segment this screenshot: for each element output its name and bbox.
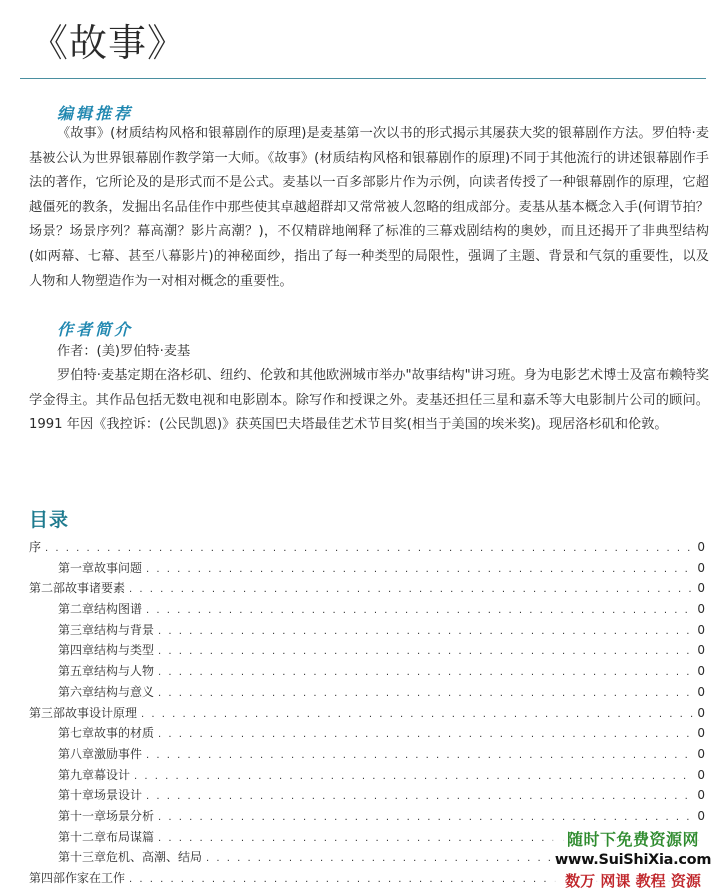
toc-entry-label: 第二章结构图谱 (58, 600, 142, 617)
toc-entry-page: 0 (697, 643, 705, 657)
toc-entry-label: 第八章激励事件 (58, 745, 142, 762)
toc-entry[interactable]: 第二章结构图谱0 (29, 600, 705, 621)
watermark-url: www.SuiShiXia.com (553, 850, 713, 871)
toc-entry-page: 0 (697, 726, 705, 740)
toc-entry-page: 0 (697, 540, 705, 554)
toc-entry-page: 0 (697, 788, 705, 802)
toc-entry-page: 0 (697, 623, 705, 637)
toc-dot-leader (146, 564, 693, 575)
toc-dot-leader (146, 605, 693, 616)
editor-recommendation-heading: 编辑推荐 (57, 101, 133, 124)
toc-dot-leader (146, 750, 693, 761)
toc-entry-page: 0 (697, 561, 705, 575)
watermark-line-3: 数万 网课 教程 资源 (553, 871, 713, 892)
toc-dot-leader (158, 812, 693, 823)
toc-dot-leader (158, 729, 693, 740)
toc-entry[interactable]: 第九章幕设计0 (29, 766, 705, 787)
toc-entry[interactable]: 第一章故事问题0 (29, 559, 705, 580)
editor-recommendation-body: 《故事》(材质结构风格和银幕剧作的原理)是麦基第一次以书的形式揭示其屡获大奖的银… (29, 122, 709, 294)
toc-entry-label: 序 (29, 538, 41, 555)
toc-entry-label: 第四部作家在工作 (29, 869, 125, 886)
toc-entry-label: 第十二章布局谋篇 (58, 828, 154, 845)
toc-entry-page: 0 (697, 685, 705, 699)
toc-entry-page: 0 (697, 581, 705, 595)
toc-entry[interactable]: 第四章结构与类型0 (29, 641, 705, 662)
toc-entry-label: 第四章结构与类型 (58, 641, 154, 658)
author-intro-heading: 作者简介 (57, 317, 133, 340)
toc-entry-page: 0 (697, 664, 705, 678)
toc-entry[interactable]: 序0 (29, 538, 705, 559)
toc-entry[interactable]: 第二部故事诸要素0 (29, 579, 705, 600)
toc-entry-page: 0 (697, 768, 705, 782)
toc-entry[interactable]: 第十章场景设计0 (29, 786, 705, 807)
toc-entry-label: 第十三章危机、高潮、结局 (58, 848, 202, 865)
toc-entry-label: 第五章结构与人物 (58, 662, 154, 679)
toc-entry-label: 第九章幕设计 (58, 766, 130, 783)
toc-dot-leader (158, 667, 693, 678)
toc-entry[interactable]: 第七章故事的材质0 (29, 724, 705, 745)
toc-dot-leader (134, 771, 693, 782)
toc-entry[interactable]: 第三章结构与背景0 (29, 621, 705, 642)
watermark-line-1: 随时下免费资源网 (553, 829, 713, 850)
toc-entry-label: 第十一章场景分析 (58, 807, 154, 824)
toc-dot-leader (45, 543, 693, 554)
toc-dot-leader (141, 709, 693, 720)
document-title: 《故事》 (30, 18, 186, 68)
toc-entry-label: 第一章故事问题 (58, 559, 142, 576)
toc-entry[interactable]: 第十一章场景分析0 (29, 807, 705, 828)
toc-entry-label: 第七章故事的材质 (58, 724, 154, 741)
toc-dot-leader (158, 646, 693, 657)
toc-entry-label: 第三部故事设计原理 (29, 704, 137, 721)
toc-entry[interactable]: 第六章结构与意义0 (29, 683, 705, 704)
toc-entry[interactable]: 第五章结构与人物0 (29, 662, 705, 683)
toc-entry-label: 第六章结构与意义 (58, 683, 154, 700)
toc-dot-leader (158, 688, 693, 699)
toc-entry-page: 0 (697, 706, 705, 720)
toc-entry-page: 0 (697, 747, 705, 761)
toc-entry[interactable]: 第八章激励事件0 (29, 745, 705, 766)
author-intro-body: 罗伯特·麦基定期在洛杉矶、纽约、伦敦和其他欧洲城市举办"故事结构"讲习班。身为电… (29, 364, 709, 438)
toc-entry-label: 第三章结构与背景 (58, 621, 154, 638)
toc-entry-label: 第二部故事诸要素 (29, 579, 125, 596)
author-line: 作者：(美)罗伯特·麦基 (29, 340, 709, 365)
title-divider (20, 78, 706, 79)
toc-entry-page: 0 (697, 602, 705, 616)
toc-heading: 目录 (29, 505, 69, 532)
toc-entry[interactable]: 第三部故事设计原理0 (29, 704, 705, 725)
toc-entry-page: 0 (697, 809, 705, 823)
watermark: 随时下免费资源网 www.SuiShiXia.com 数万 网课 教程 资源 (553, 829, 713, 892)
toc-entry-label: 第十章场景设计 (58, 786, 142, 803)
toc-dot-leader (146, 791, 693, 802)
toc-dot-leader (158, 626, 693, 637)
toc-dot-leader (129, 584, 693, 595)
